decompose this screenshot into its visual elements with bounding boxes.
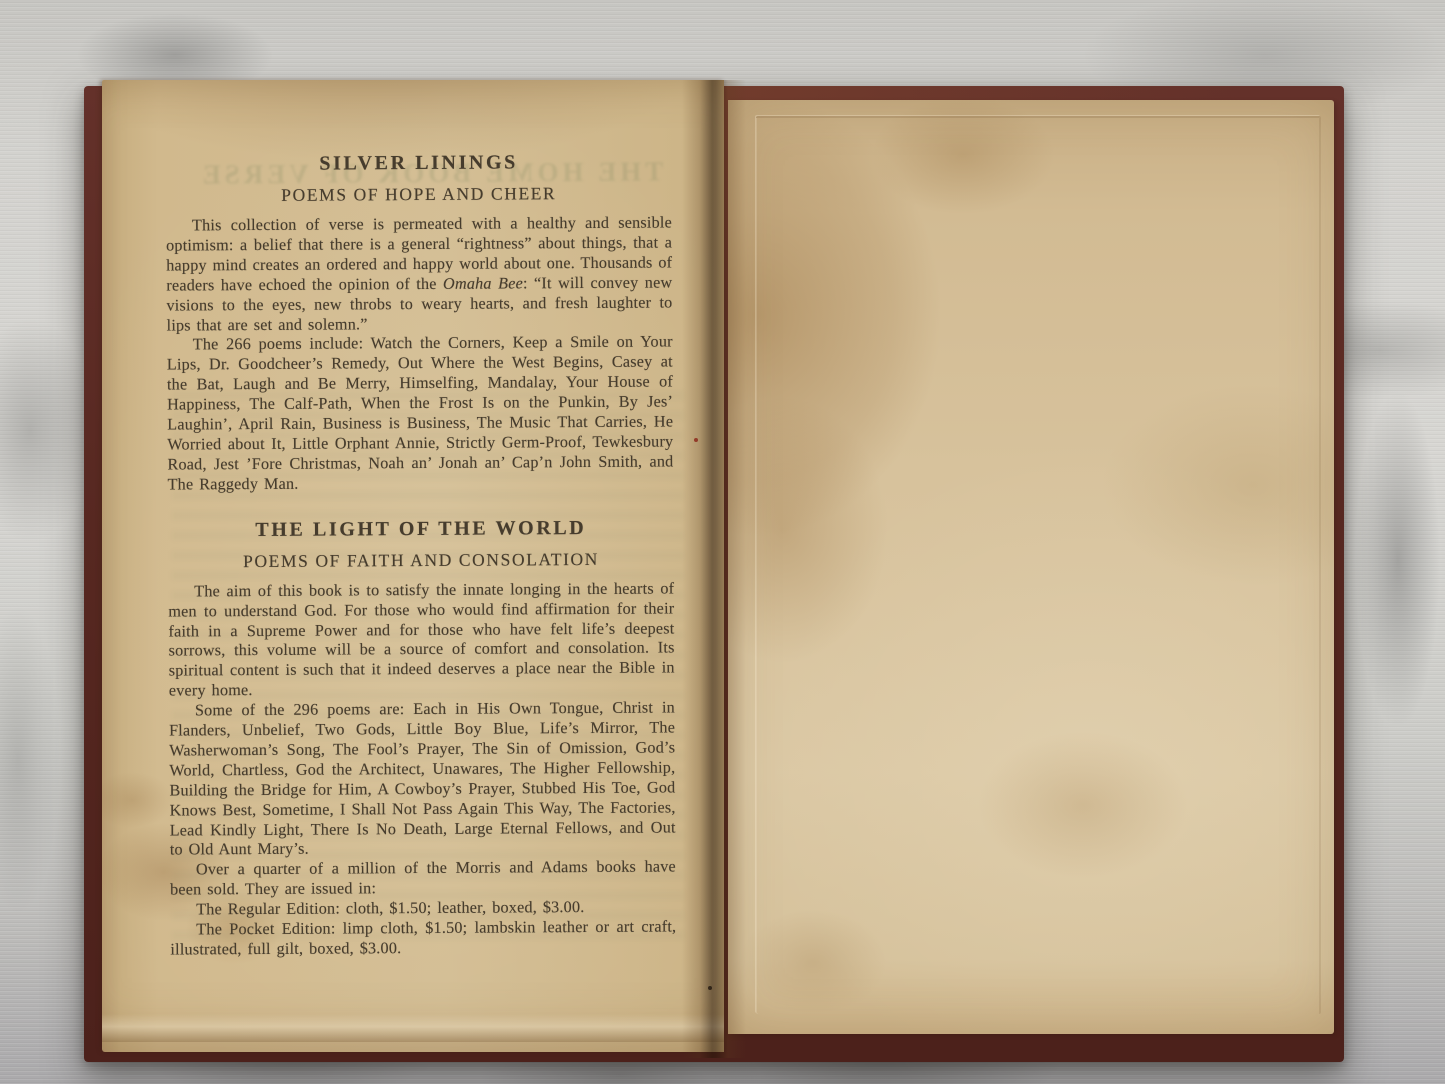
paragraph-sales: Over a quarter of a million of the Morri…: [170, 858, 676, 901]
left-page: THE HOME BOOK OF VERSE SILVER LININGS PO…: [102, 80, 724, 1052]
section-silver-linings: SILVER LININGS POEMS OF HOPE AND CHEER T…: [166, 150, 674, 495]
paragraph-pocket-edition: The Pocket Edition: limp cloth, $1.50; l…: [170, 918, 676, 961]
open-book: THE HOME BOOK OF VERSE SILVER LININGS PO…: [84, 86, 1344, 1062]
section-title: SILVER LININGS: [166, 150, 672, 176]
paragraph-poem-list: The 266 poems include: Watch the Corners…: [167, 333, 674, 495]
paragraph-poem-list: Some of the 296 poems are: Each in His O…: [169, 699, 676, 861]
section-subtitle: POEMS OF FAITH AND CONSOLATION: [168, 548, 674, 572]
paragraph-aim: The aim of this book is to satisfy the i…: [168, 579, 675, 702]
paragraph-intro: This collection of verse is permeated wi…: [166, 213, 673, 336]
right-page-blank: [728, 100, 1334, 1034]
printed-text-block: SILVER LININGS POEMS OF HOPE AND CHEER T…: [166, 150, 677, 960]
paragraph-intro-italic: Omaha Bee: [443, 274, 523, 292]
section-title: THE LIGHT OF THE WORLD: [168, 516, 674, 542]
photo-background: THE HOME BOOK OF VERSE SILVER LININGS PO…: [0, 0, 1445, 1084]
section-light-of-the-world: THE LIGHT OF THE WORLD POEMS OF FAITH AN…: [168, 516, 677, 960]
section-subtitle: POEMS OF HOPE AND CHEER: [166, 182, 672, 206]
page-curl-edge: [756, 116, 1321, 1014]
book-gutter-shadow: [682, 80, 746, 1058]
